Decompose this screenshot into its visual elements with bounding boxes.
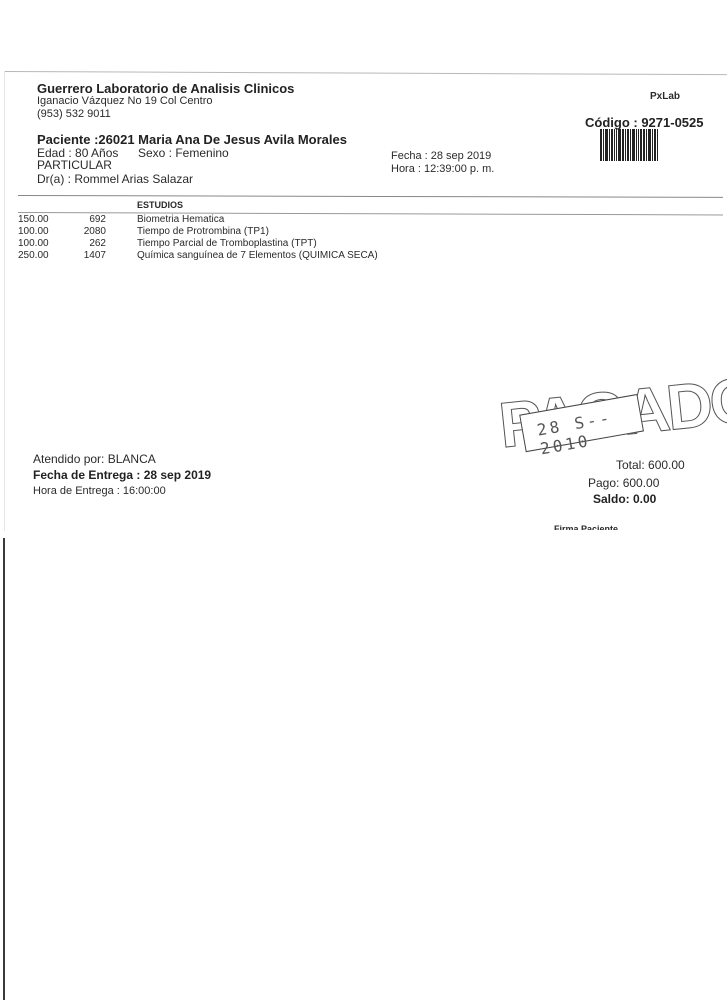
total-amount: Total: 600.00 — [616, 458, 685, 472]
study-price: 250.00 — [18, 250, 49, 261]
doctor-name: Dr(a) : Rommel Arias Salazar — [37, 172, 193, 186]
study-code: 692 — [66, 214, 106, 225]
brand-label: PxLab — [650, 91, 680, 102]
table-row: 150.00692Biometria Hematica — [0, 214, 500, 226]
signature-label: Firma Paciente — [554, 524, 618, 530]
study-code: 2080 — [66, 226, 106, 237]
visit-time: Hora : 12:39:00 p. m. — [391, 163, 494, 175]
patient-name: Paciente :26021 Maria Ana De Jesus Avila… — [37, 132, 347, 147]
study-desc: Tiempo Parcial de Tromboplastina (TPT) — [137, 238, 317, 249]
lab-name: Guerrero Laboratorio de Analisis Clinico… — [37, 81, 294, 96]
balance-amount: Saldo: 0.00 — [593, 492, 656, 506]
table-row: 100.002080Tiempo de Protrombina (TP1) — [0, 226, 500, 238]
order-code: Código : 9271-0525 — [585, 115, 704, 130]
study-code: 262 — [66, 238, 106, 249]
divider — [18, 195, 723, 198]
study-price: 150.00 — [18, 214, 49, 225]
patient-type: PARTICULAR — [37, 158, 112, 172]
page-left-edge — [4, 71, 5, 531]
study-price: 100.00 — [18, 226, 49, 237]
paid-amount: Pago: 600.00 — [588, 476, 659, 490]
delivery-date: Fecha de Entrega : 28 sep 2019 — [33, 468, 211, 482]
barcode-icon — [600, 129, 664, 161]
attended-by: Atendido por: BLANCA — [33, 452, 156, 466]
study-code: 1407 — [66, 250, 106, 261]
lab-address: Iganacio Vázquez No 19 Col Centro — [37, 95, 213, 107]
study-desc: Biometria Hematica — [137, 214, 224, 225]
table-row: 100.00262Tiempo Parcial de Tromboplastin… — [0, 238, 500, 250]
study-desc: Química sanguínea de 7 Elementos (QUIMIC… — [137, 250, 378, 261]
lab-phone: (953) 532 9011 — [37, 108, 111, 120]
visit-date: Fecha : 28 sep 2019 — [391, 150, 491, 162]
table-row: 250.001407Química sanguínea de 7 Element… — [0, 250, 500, 262]
delivery-time: Hora de Entrega : 16:00:00 — [33, 485, 166, 497]
patient-sex: Sexo : Femenino — [138, 146, 229, 160]
scan-edge-line — [3, 538, 5, 1000]
page-top-edge — [4, 71, 727, 75]
study-price: 100.00 — [18, 238, 49, 249]
study-desc: Tiempo de Protrombina (TP1) — [137, 226, 269, 237]
studies-header: ESTUDIOS — [137, 200, 183, 210]
